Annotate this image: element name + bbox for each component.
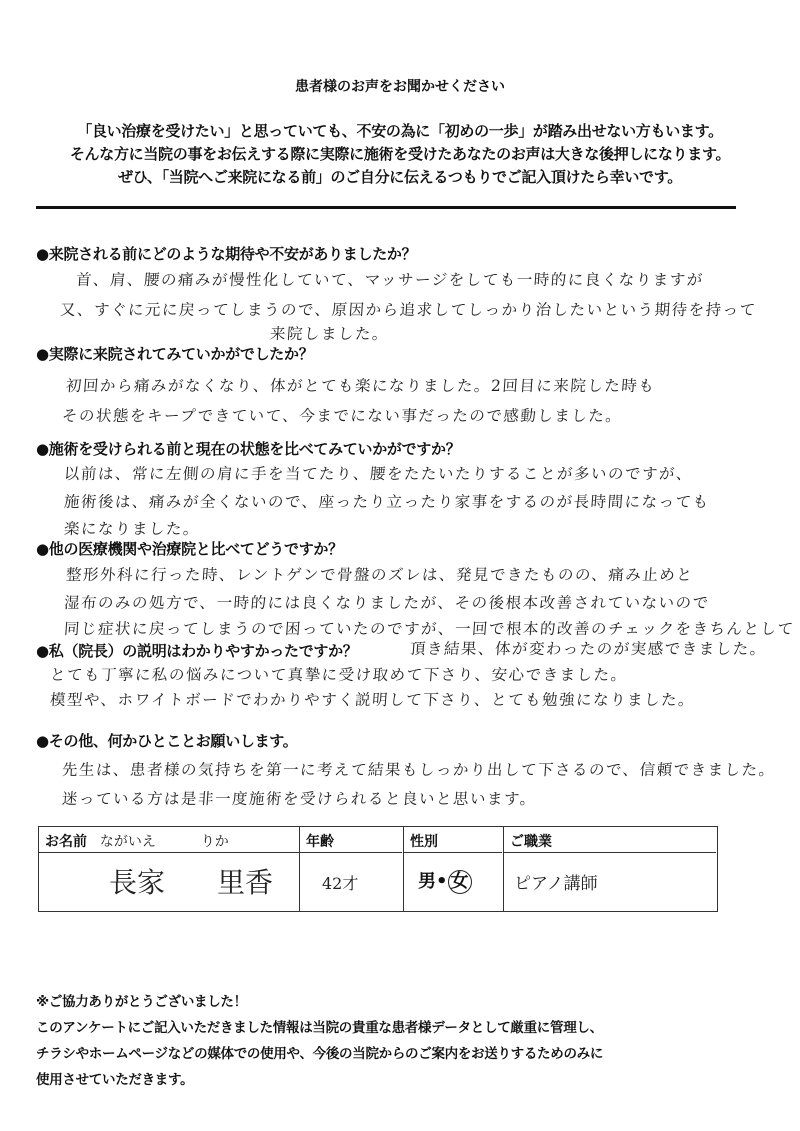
privacy-line: 使用させていただきます。 bbox=[36, 1068, 193, 1088]
answer-line: 先生は、患者様の気持ちを第一に考えて結果もしっかり出して下さるので、信頼できまし… bbox=[61, 758, 776, 780]
intro-line: ぜひ、「当院へご来院になる前」のご自分に伝えるつもりでご記入頂けたら幸いです。 bbox=[0, 166, 800, 189]
respondent-info-table: お名前 ながいえ りか 長家 里香 年齢 42才 性別 男•女 ご職業 ピアノ講… bbox=[38, 826, 718, 912]
name-kanji-family: 長家 bbox=[109, 861, 165, 901]
name-header: お名前 ながいえ りか bbox=[39, 827, 299, 853]
page-title: 患者様のお声をお聞かせください bbox=[0, 76, 800, 96]
name-furigana-given: りか bbox=[201, 834, 229, 850]
answer-line: 初回から痛みがなくなり、体がとても楽になりました。2回目に来院した時も bbox=[65, 374, 656, 396]
gender-options: 男•女 bbox=[418, 867, 472, 894]
divider bbox=[36, 206, 736, 209]
answer-line: 又、すぐに元に戻ってしまうので、原因から追求してしっかり治したいという期待を持っ… bbox=[59, 298, 757, 320]
answer-line: 首、肩、腰の痛みが慢性化していて、マッサージをしても一時的に良くなりますが bbox=[75, 268, 704, 290]
gender-cell: 性別 男•女 bbox=[403, 827, 503, 911]
answer-line: 施術後は、痛みが全くないので、座ったり立ったり家事をするのが長時間になっても bbox=[63, 490, 710, 512]
answer-line: 頂き結果、体が変わったのが実感できました。 bbox=[409, 637, 767, 659]
name-furigana-family: ながいえ bbox=[100, 834, 156, 850]
gender-female-circled: 女 bbox=[448, 870, 472, 894]
intro-line: 「良い治療を受けたい」と思っていても、不安の為に「初めの一歩」が踏み出せない方も… bbox=[0, 120, 800, 143]
answer-line: 湿布のみの処方で、一時的には良くなりましたが、その後根本改善されていないので bbox=[63, 591, 710, 613]
gender-separator: • bbox=[436, 871, 448, 892]
occupation-cell: ご職業 ピアノ講師 bbox=[503, 827, 717, 911]
age-cell: 年齢 42才 bbox=[299, 827, 403, 911]
answer-line: 迷っている方は是非一度施術を受けられると良いと思います。 bbox=[61, 787, 537, 809]
privacy-line: このアンケートにご記入いただきました情報は当院の貴重な患者様データとして厳重に管… bbox=[36, 1016, 603, 1036]
answer-line: 模型や、ホワイトボードでわかりやすく説明して下さり、とても勉強になりました。 bbox=[49, 688, 696, 710]
thanks-note: ※ご協力ありがとうございました！ bbox=[36, 990, 247, 1010]
gender-male: 男 bbox=[418, 871, 436, 892]
question-other: ●その他、何かひとことお願いします。 bbox=[36, 730, 298, 751]
question-before-after: ●施術を受けられる前と現在の状態を比べてみていかがですか？ bbox=[36, 438, 460, 459]
question-explanation: ●私（院長）の説明はわかりやすかったですか？ bbox=[36, 640, 358, 661]
name-cell: お名前 ながいえ りか 長家 里香 bbox=[39, 827, 299, 911]
answer-line: その状態をキープできていて、今までにない事だったので感動しました。 bbox=[61, 404, 623, 426]
name-kanji-given: 里香 bbox=[217, 861, 273, 901]
privacy-line: チラシやホームページなどの媒体での使用や、今後の当院からのご案内をお送りするため… bbox=[36, 1042, 603, 1062]
answer-line: 来院しました。 bbox=[269, 322, 390, 344]
age-value: 42才 bbox=[322, 871, 358, 894]
answer-line: とても丁寧に私の悩みについて真摯に受け取めて下さり、安心できました。 bbox=[49, 663, 628, 685]
answer-line: 楽になりました。 bbox=[63, 517, 201, 539]
intro-line: そんな方に当院の事をお伝えする際に実際に施術を受けたあなたのお声は大きな後押しに… bbox=[0, 143, 800, 166]
answer-line: 同じ症状に戻ってしまうので困っていたのですが、一回で根本的改善のチェックをきちん… bbox=[63, 617, 795, 639]
question-expectations: ●来院される前にどのような期待や不安がありましたか？ bbox=[36, 243, 416, 264]
gender-label: 性別 bbox=[404, 827, 502, 853]
intro-text: 「良い治療を受けたい」と思っていても、不安の為に「初めの一歩」が踏み出せない方も… bbox=[0, 120, 800, 189]
age-label: 年齢 bbox=[300, 827, 402, 853]
question-actual-visit: ●実際に来院されてみていかがでしたか？ bbox=[36, 343, 313, 364]
name-label: お名前 bbox=[45, 834, 87, 850]
occupation-value: ピアノ講師 bbox=[514, 869, 598, 894]
answer-line: 整形外科に行った時、レントゲンで骨盤のズレは、発見できたものの、痛み止めと bbox=[65, 563, 694, 585]
occupation-label: ご職業 bbox=[504, 827, 716, 853]
answer-line: 以前は、常に左側の肩に手を当てたり、腰をたたいたりすることが多いのですが、 bbox=[63, 462, 694, 484]
question-comparison: ●他の医療機関や治療院と比べてどうですか？ bbox=[36, 538, 343, 559]
